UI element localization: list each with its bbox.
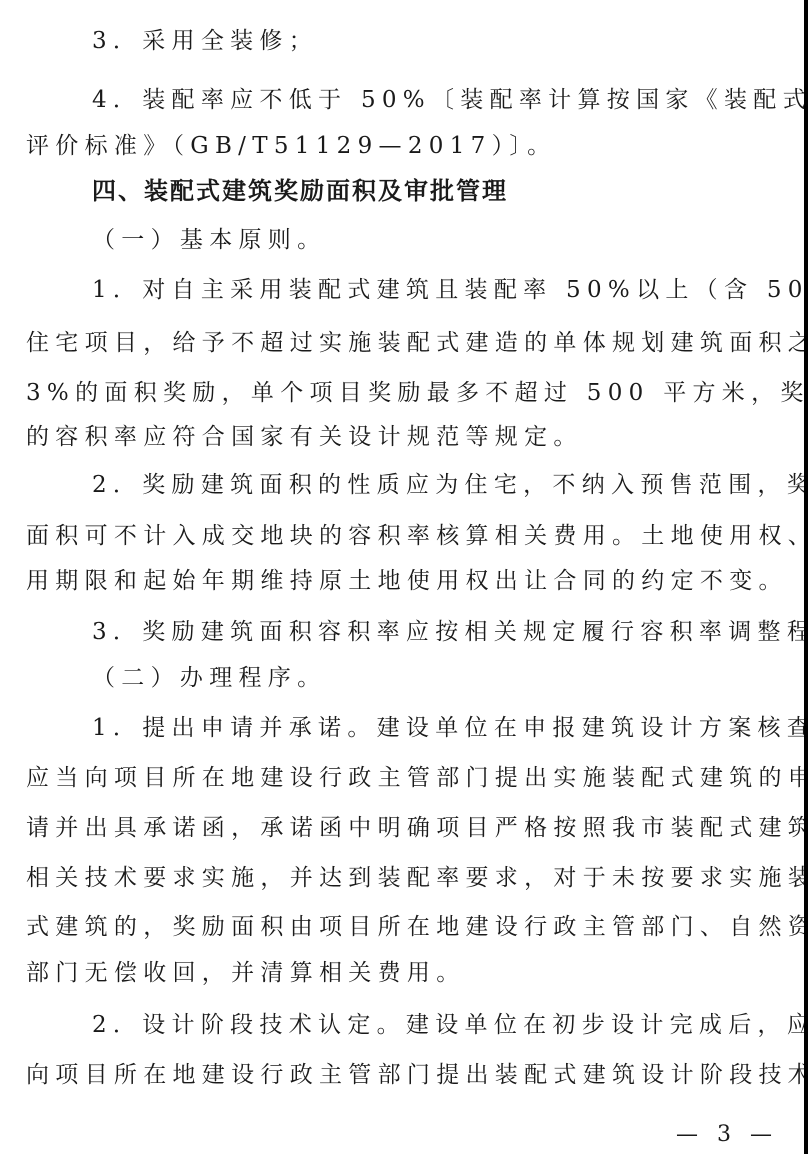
text-line: 住宅项目，给予不超过实施装配式建造的单体规划建筑面积之和 xyxy=(26,328,808,358)
text-line: 3．奖励建筑面积容积率应按相关规定履行容积率调整程序。 xyxy=(92,617,808,647)
text-line: （一）基本原则。 xyxy=(92,225,326,255)
text-line: 应当向项目所在地建设行政主管部门提出实施装配式建筑的申 xyxy=(26,763,808,793)
text-line: 向项目所在地建设行政主管部门提出装配式建筑设计阶段技术 xyxy=(26,1060,808,1090)
text-line: 面积可不计入成交地块的容积率核算相关费用。土地使用权、使 xyxy=(26,521,808,551)
section-heading: 四、装配式建筑奖励面积及审批管理 xyxy=(92,176,508,206)
text-line: 3%的面积奖励，单个项目奖励最多不超过 500 平方米，奖励后 xyxy=(26,378,808,408)
text-line: 2．设计阶段技术认定。建设单位在初步设计完成后，应当 xyxy=(92,1010,808,1040)
text-line: （二）办理程序。 xyxy=(92,663,326,693)
text-line: 请并出具承诺函，承诺函中明确项目严格按照我市装配式建筑的 xyxy=(26,813,808,843)
page-edge-border xyxy=(804,0,808,1154)
page-number: — 3 — xyxy=(676,1122,778,1147)
text-line: 1．对自主采用装配式建筑且装配率 50%以上（含 50%）的 xyxy=(92,275,808,305)
text-line: 的容积率应符合国家有关设计规范等规定。 xyxy=(26,422,583,452)
text-line: 2．奖励建筑面积的性质应为住宅，不纳入预售范围，奖励 xyxy=(92,470,808,500)
text-line: 4．装配率应不低于 50%〔装配率计算按国家《装配式建筑 xyxy=(92,85,808,115)
text-line: 部门无偿收回，并清算相关费用。 xyxy=(26,958,466,988)
text-line: 1．提出申请并承诺。建设单位在申报建筑设计方案核查前， xyxy=(92,713,808,743)
text-line: 相关技术要求实施，并达到装配率要求，对于未按要求实施装配 xyxy=(26,863,808,893)
text-line: 式建筑的，奖励面积由项目所在地建设行政主管部门、自然资源 xyxy=(26,912,808,942)
text-line: 用期限和起始年期维持原土地使用权出让合同的约定不变。 xyxy=(26,566,788,596)
text-line: 3．采用全装修； xyxy=(92,26,318,56)
text-line: 评价标准》（GB/T51129—2017）〕。 xyxy=(26,131,556,161)
